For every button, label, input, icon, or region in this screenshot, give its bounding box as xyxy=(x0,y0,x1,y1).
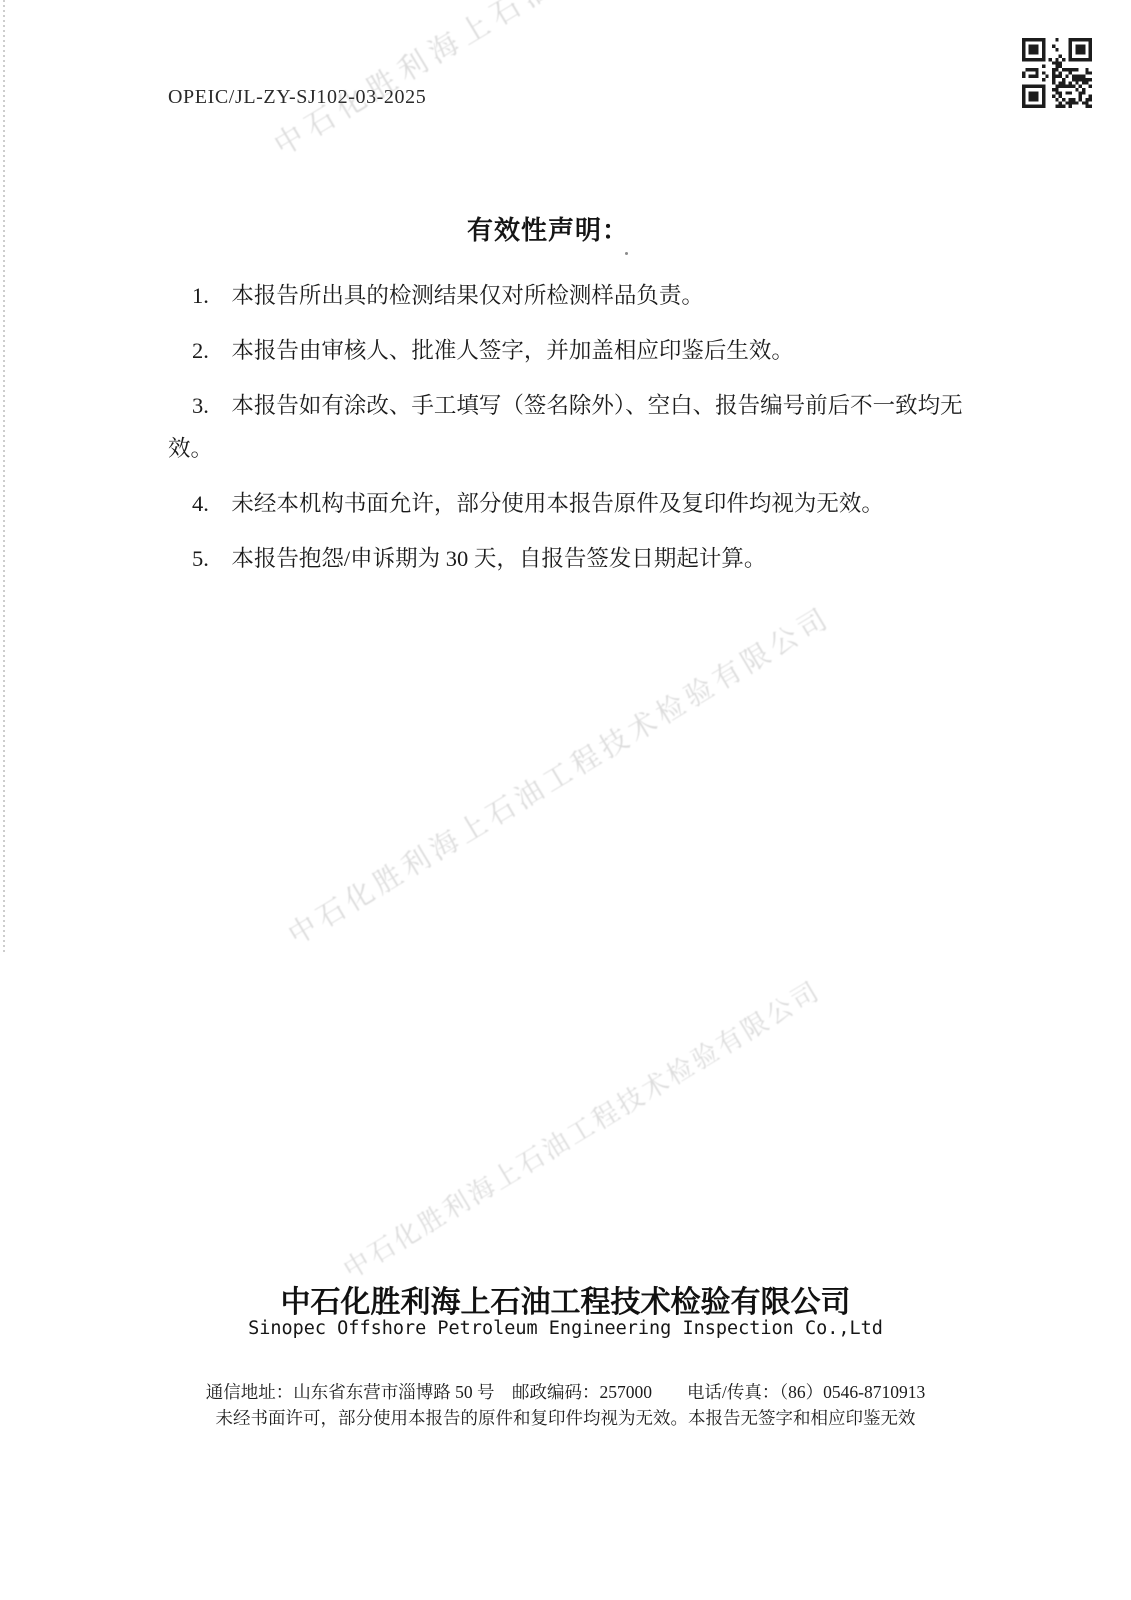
company-name-english: Sinopec Offshore Petroleum Engineering I… xyxy=(0,1318,1131,1339)
statement-list: 1. 本报告所出具的检测结果仅对所检测样品负责。 2. 本报告由审核人、批准人签… xyxy=(168,274,968,592)
page-title: 有效性声明： xyxy=(0,210,1096,247)
statement-item-1: 1. 本报告所出具的检测结果仅对所检测样品负责。 xyxy=(168,274,968,317)
watermark-top: 中石化胜利海上石油工程技术检验有限公司 xyxy=(265,0,872,164)
company-name-chinese: 中石化胜利海上石油工程技术检验有限公司 xyxy=(0,1277,1131,1321)
qr-code-icon xyxy=(1022,38,1092,108)
statement-item-3: 3. 本报告如有涂改、手工填写（签名除外）、空白、报告编号前后不一致均无效。 xyxy=(168,384,968,470)
footer-disclaimer: 未经书面许可，部分使用本报告的原件和复印件均视为无效。本报告无签字和相应印鉴无效 xyxy=(0,1405,1131,1430)
statement-item-2: 2. 本报告由审核人、批准人签字，并加盖相应印鉴后生效。 xyxy=(168,329,968,372)
watermark-bottom: 中石化胜利海上石油工程技术检验有限公司 xyxy=(335,971,826,1287)
scan-speck xyxy=(625,252,628,255)
statement-item-5: 5. 本报告抱怨/申诉期为 30 天，自报告签发日期起计算。 xyxy=(168,537,968,580)
watermark-middle: 中石化胜利海上石油工程技术检验有限公司 xyxy=(280,596,838,953)
scan-artifact-line xyxy=(3,0,5,955)
document-page: OPEIC/JL-ZY-SJ102-03-2025 中石化胜利海上石油工程技术检… xyxy=(0,0,1131,1600)
statement-item-4: 4. 未经本机构书面允许，部分使用本报告原件及复印件均视为无效。 xyxy=(168,482,968,525)
contact-address-line: 通信地址：山东省东营市淄博路 50 号 邮政编码：257000 电话/传真：（8… xyxy=(0,1379,1131,1404)
